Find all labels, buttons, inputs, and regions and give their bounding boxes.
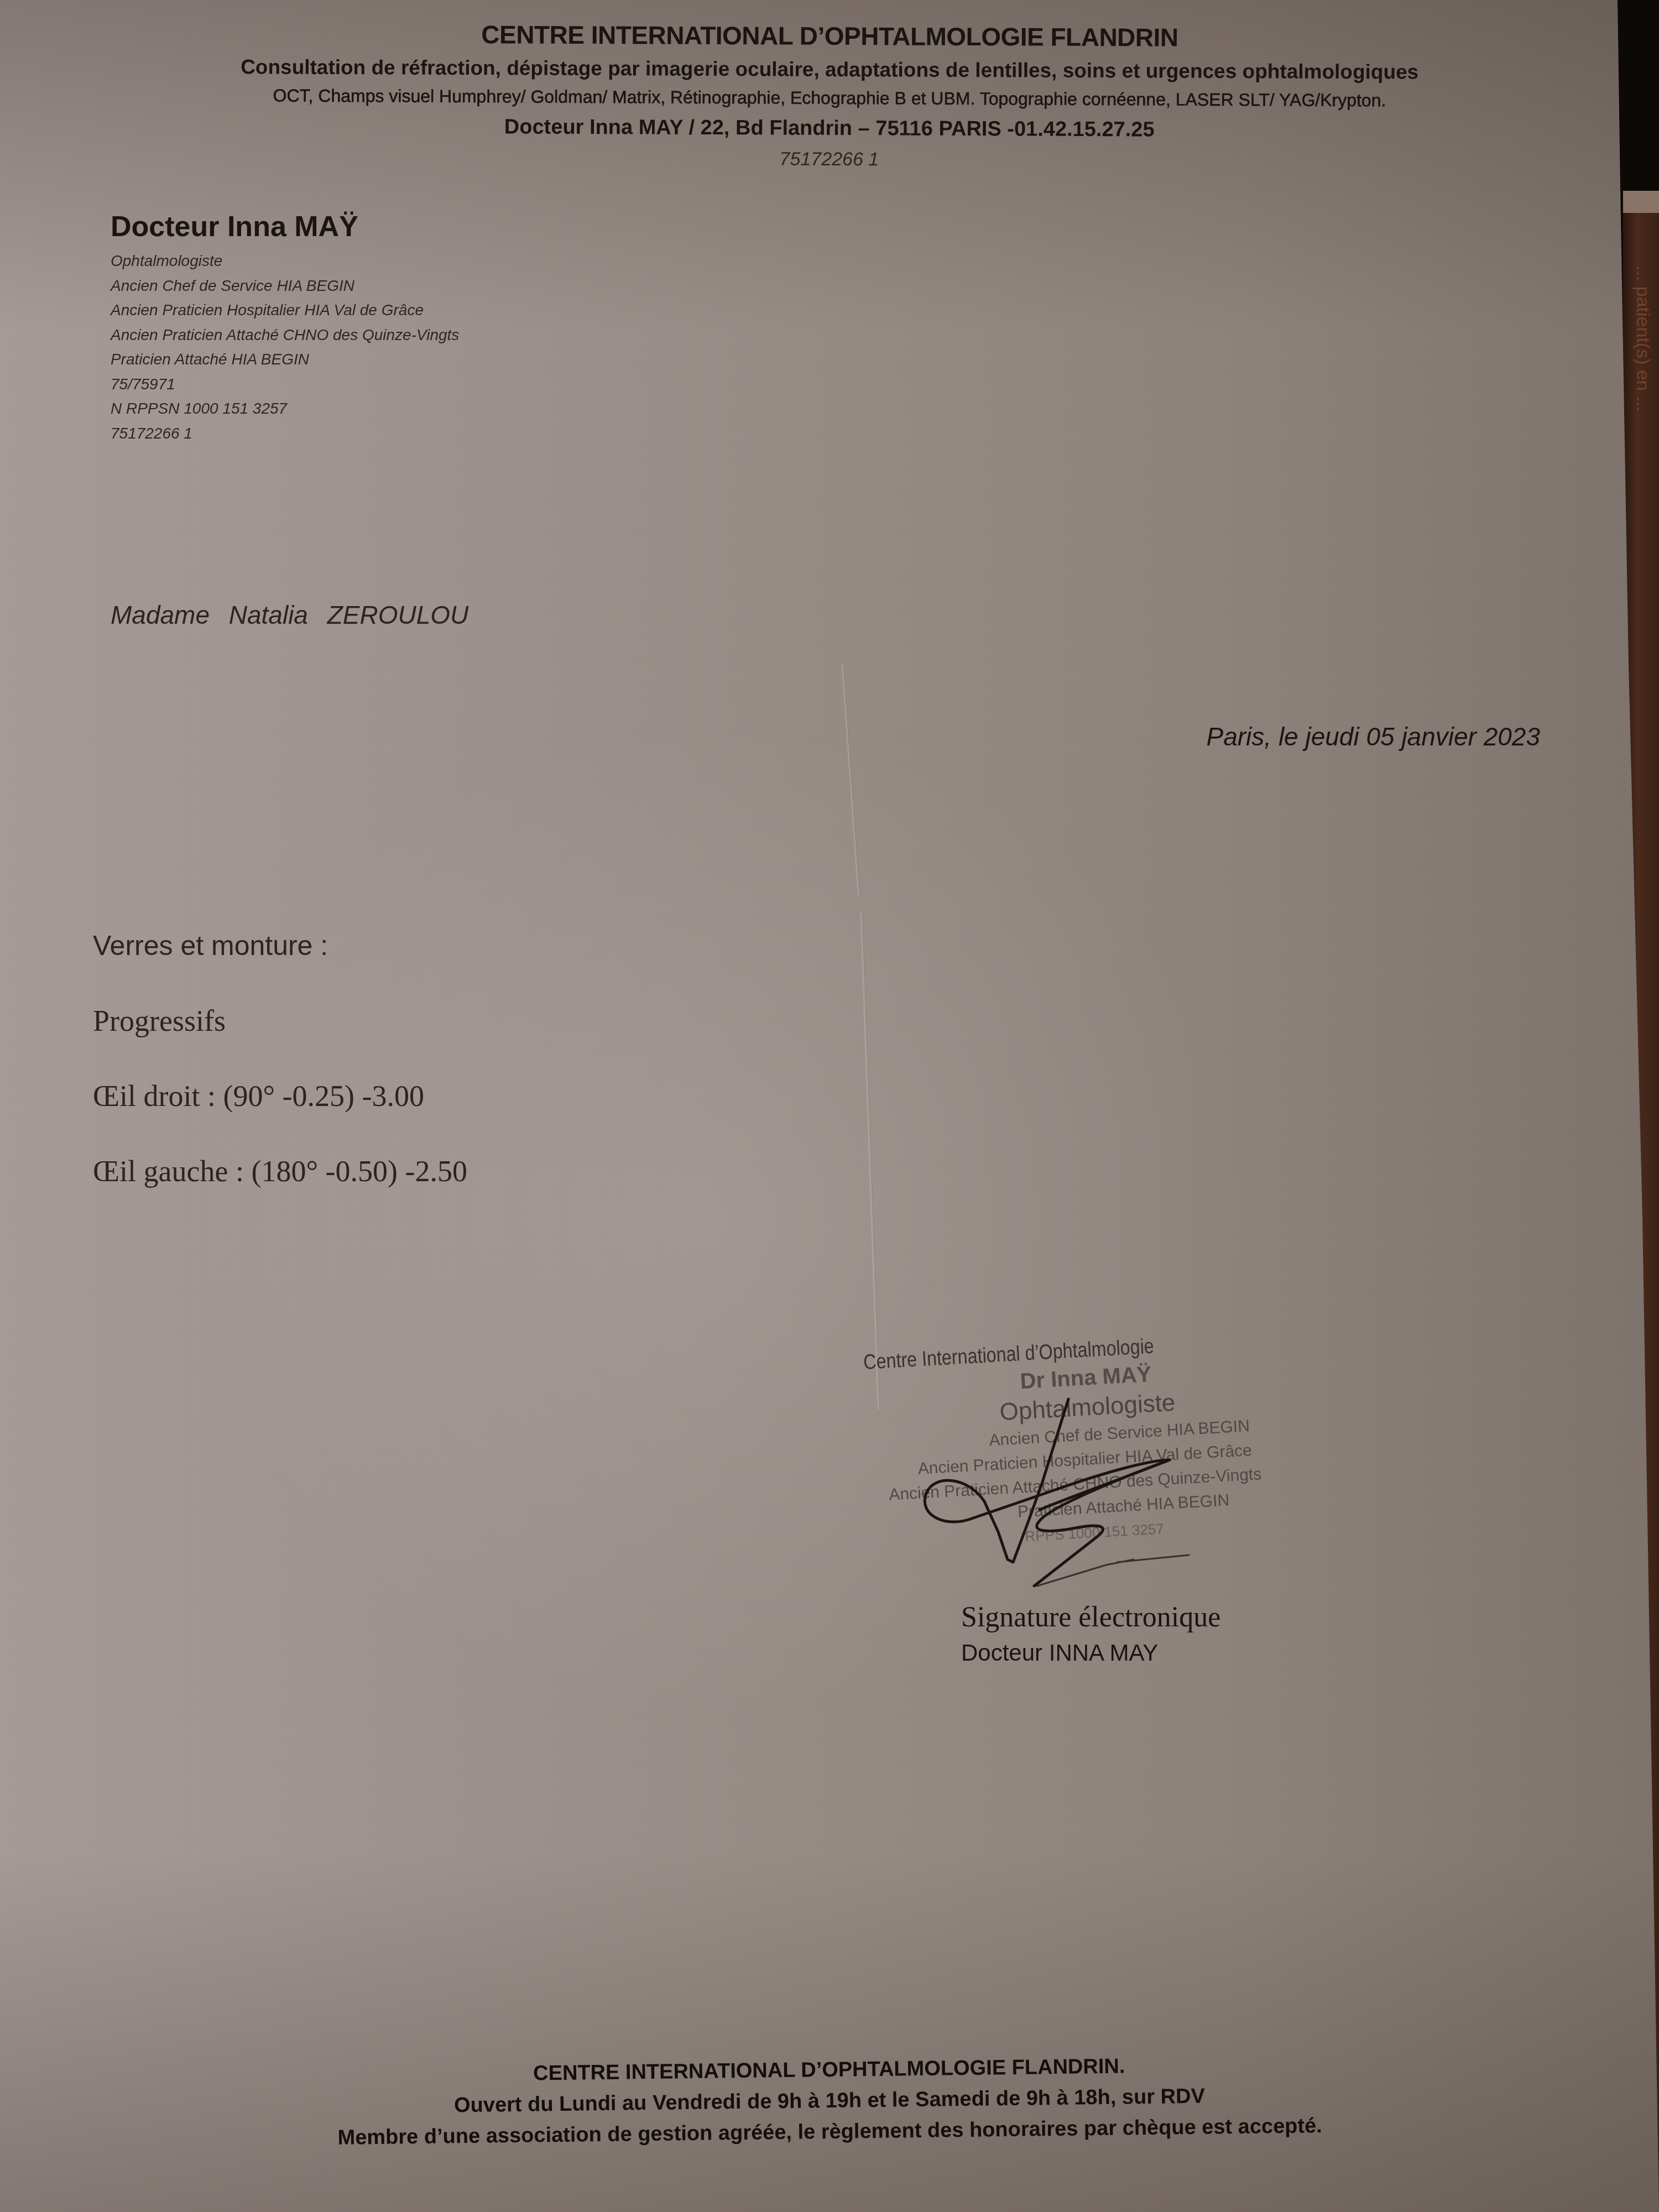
clinic-name: CENTRE INTERNATIONAL D’OPHTALMOLOGIE FLA…	[83, 13, 1576, 59]
paper-crease	[841, 664, 860, 895]
paper-shadow-bottom	[0, 1853, 1659, 2212]
doctor-credential: Ancien Chef de Service HIA BEGIN	[111, 274, 608, 299]
doctor-id: 75/75971	[111, 372, 608, 397]
doctor-credential: Praticien Attaché HIA BEGIN	[111, 347, 608, 372]
doctor-rpps: N RPPSN 1000 151 3257	[111, 397, 608, 421]
prescription-date: Paris, le jeudi 05 janvier 2023	[1207, 722, 1540, 752]
signature-label: Signature électronique	[961, 1601, 1220, 1634]
prescription-body: Verres et monture : Progressifs Œil droi…	[93, 929, 467, 1230]
prescription-sheet: CENTRE INTERNATIONAL D’OPHTALMOLOGIE FLA…	[0, 0, 1659, 2212]
doctor-title: Ophtalmologiste	[111, 249, 608, 274]
paper-crease	[859, 912, 880, 1410]
left-eye-correction: Œil gauche : (180° -0.50) -2.50	[93, 1155, 467, 1188]
signature-name: Docteur INNA MAY	[961, 1640, 1158, 1666]
patient-salutation: Madame	[111, 601, 210, 629]
doctor-name: Docteur Inna MAŸ	[111, 205, 608, 249]
clinic-number: 75172266 1	[82, 142, 1575, 177]
lens-type: Progressifs	[93, 1004, 467, 1037]
doctor-stamp: Centre International d’Ophtalmologie Dr …	[863, 1324, 1316, 1557]
letter-footer: CENTRE INTERNATIONAL D’OPHTALMOLOGIE FLA…	[221, 2047, 1438, 2155]
patient-name: Madame Natalia ZEROULOU	[111, 600, 468, 630]
doctor-credential: Ancien Praticien Hospitalier HIA Val de …	[111, 298, 608, 323]
letterhead: CENTRE INTERNATIONAL D’OPHTALMOLOGIE FLA…	[82, 13, 1576, 177]
book-spine-text: ... patient(s) en ...	[1631, 265, 1653, 597]
doctor-block: Docteur Inna MAŸ Ophtalmologiste Ancien …	[111, 205, 608, 446]
right-eye-correction: Œil droit : (90° -0.25) -3.00	[93, 1079, 467, 1113]
prescription-heading: Verres et monture :	[93, 929, 467, 962]
patient-last-name: ZEROULOU	[327, 601, 469, 629]
doctor-credential: Ancien Praticien Attaché CHNO des Quinze…	[111, 323, 608, 348]
doctor-id: 75172266 1	[111, 421, 608, 446]
patient-first-name: Natalia	[229, 601, 308, 629]
background-book-edge	[1623, 191, 1659, 213]
